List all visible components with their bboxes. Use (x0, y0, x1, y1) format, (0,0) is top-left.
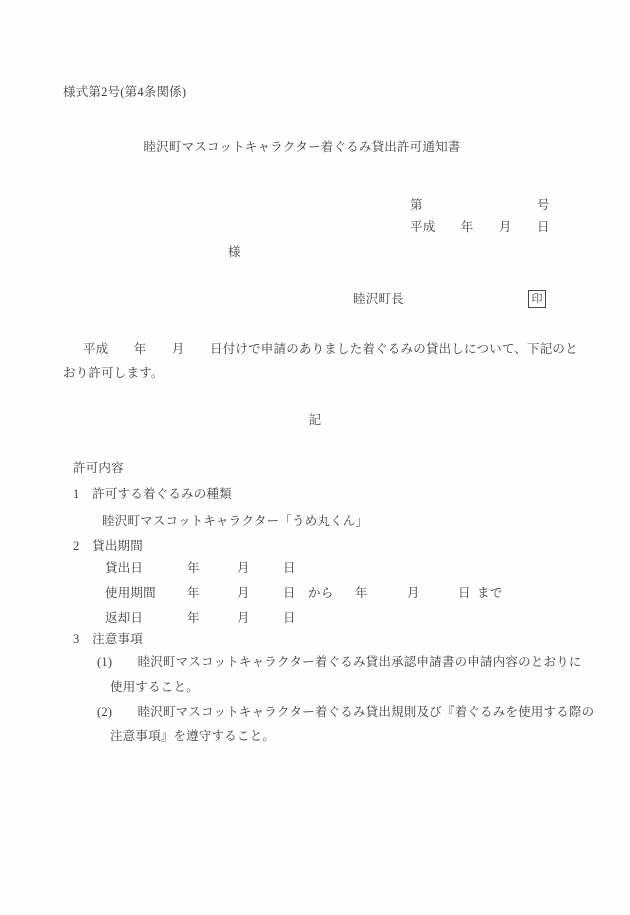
form-number-label: 様式第2号(第4条関係) (63, 85, 186, 100)
month-unit: 月 (237, 611, 250, 626)
from-label: から (308, 586, 333, 601)
body-line-1: 平成 年 月 日付けで申請のありました着ぐるみの貸出しについて、下記のと (63, 342, 578, 357)
body-line-2: おり許可します。 (63, 366, 164, 381)
ki-marker: 記 (0, 413, 630, 428)
note-2-line-1: (2) 睦沢町マスコットキャラクター着ぐるみ貸出規則及び『着ぐるみを使用する際の (97, 705, 594, 720)
addressee-honorific: 様 (228, 245, 241, 260)
month-unit: 月 (237, 586, 250, 601)
permit-heading: 許可内容 (73, 461, 124, 476)
until-label: まで (477, 586, 502, 601)
document-title: 睦沢町マスコットキャラクター着ぐるみ貸出許可通知書 (0, 140, 604, 155)
day-unit: 日 (283, 611, 296, 626)
year-unit: 年 (355, 586, 368, 601)
note-2-line-2: 注意事項』を遵守すること。 (110, 729, 275, 744)
item1-label: 1 許可する着ぐるみの種類 (73, 487, 232, 502)
item3-label: 3 注意事項 (73, 632, 143, 647)
return-date-label: 返却日 (105, 611, 143, 626)
item1-value: 睦沢町マスコットキャラクター「うめ丸くん」 (102, 514, 368, 529)
month-unit: 月 (237, 561, 250, 576)
day-unit: 日 (283, 561, 296, 576)
issue-date-line: 平成 年 月 日 (410, 220, 550, 235)
year-unit: 年 (187, 561, 200, 576)
item2-label: 2 貸出期間 (73, 539, 143, 554)
document-page: 様式第2号(第4条関係) 睦沢町マスコットキャラクター着ぐるみ貸出許可通知書 第… (0, 0, 630, 915)
month-unit: 月 (407, 586, 420, 601)
day-unit: 日 (283, 586, 296, 601)
note-1-line-2: 使用すること。 (110, 680, 199, 695)
year-unit: 年 (187, 586, 200, 601)
note-1-line-1: (1) 睦沢町マスコットキャラクター着ぐるみ貸出承認申請書の申請内容のとおりに (97, 655, 582, 670)
document-number-line: 第 号 (410, 198, 550, 213)
year-unit: 年 (187, 611, 200, 626)
issuer-title: 睦沢町長 (353, 292, 404, 307)
seal-mark: 印 (528, 290, 546, 308)
usage-period-label: 使用期間 (105, 586, 156, 601)
day-unit: 日 (458, 586, 471, 601)
lending-date-label: 貸出日 (105, 561, 143, 576)
